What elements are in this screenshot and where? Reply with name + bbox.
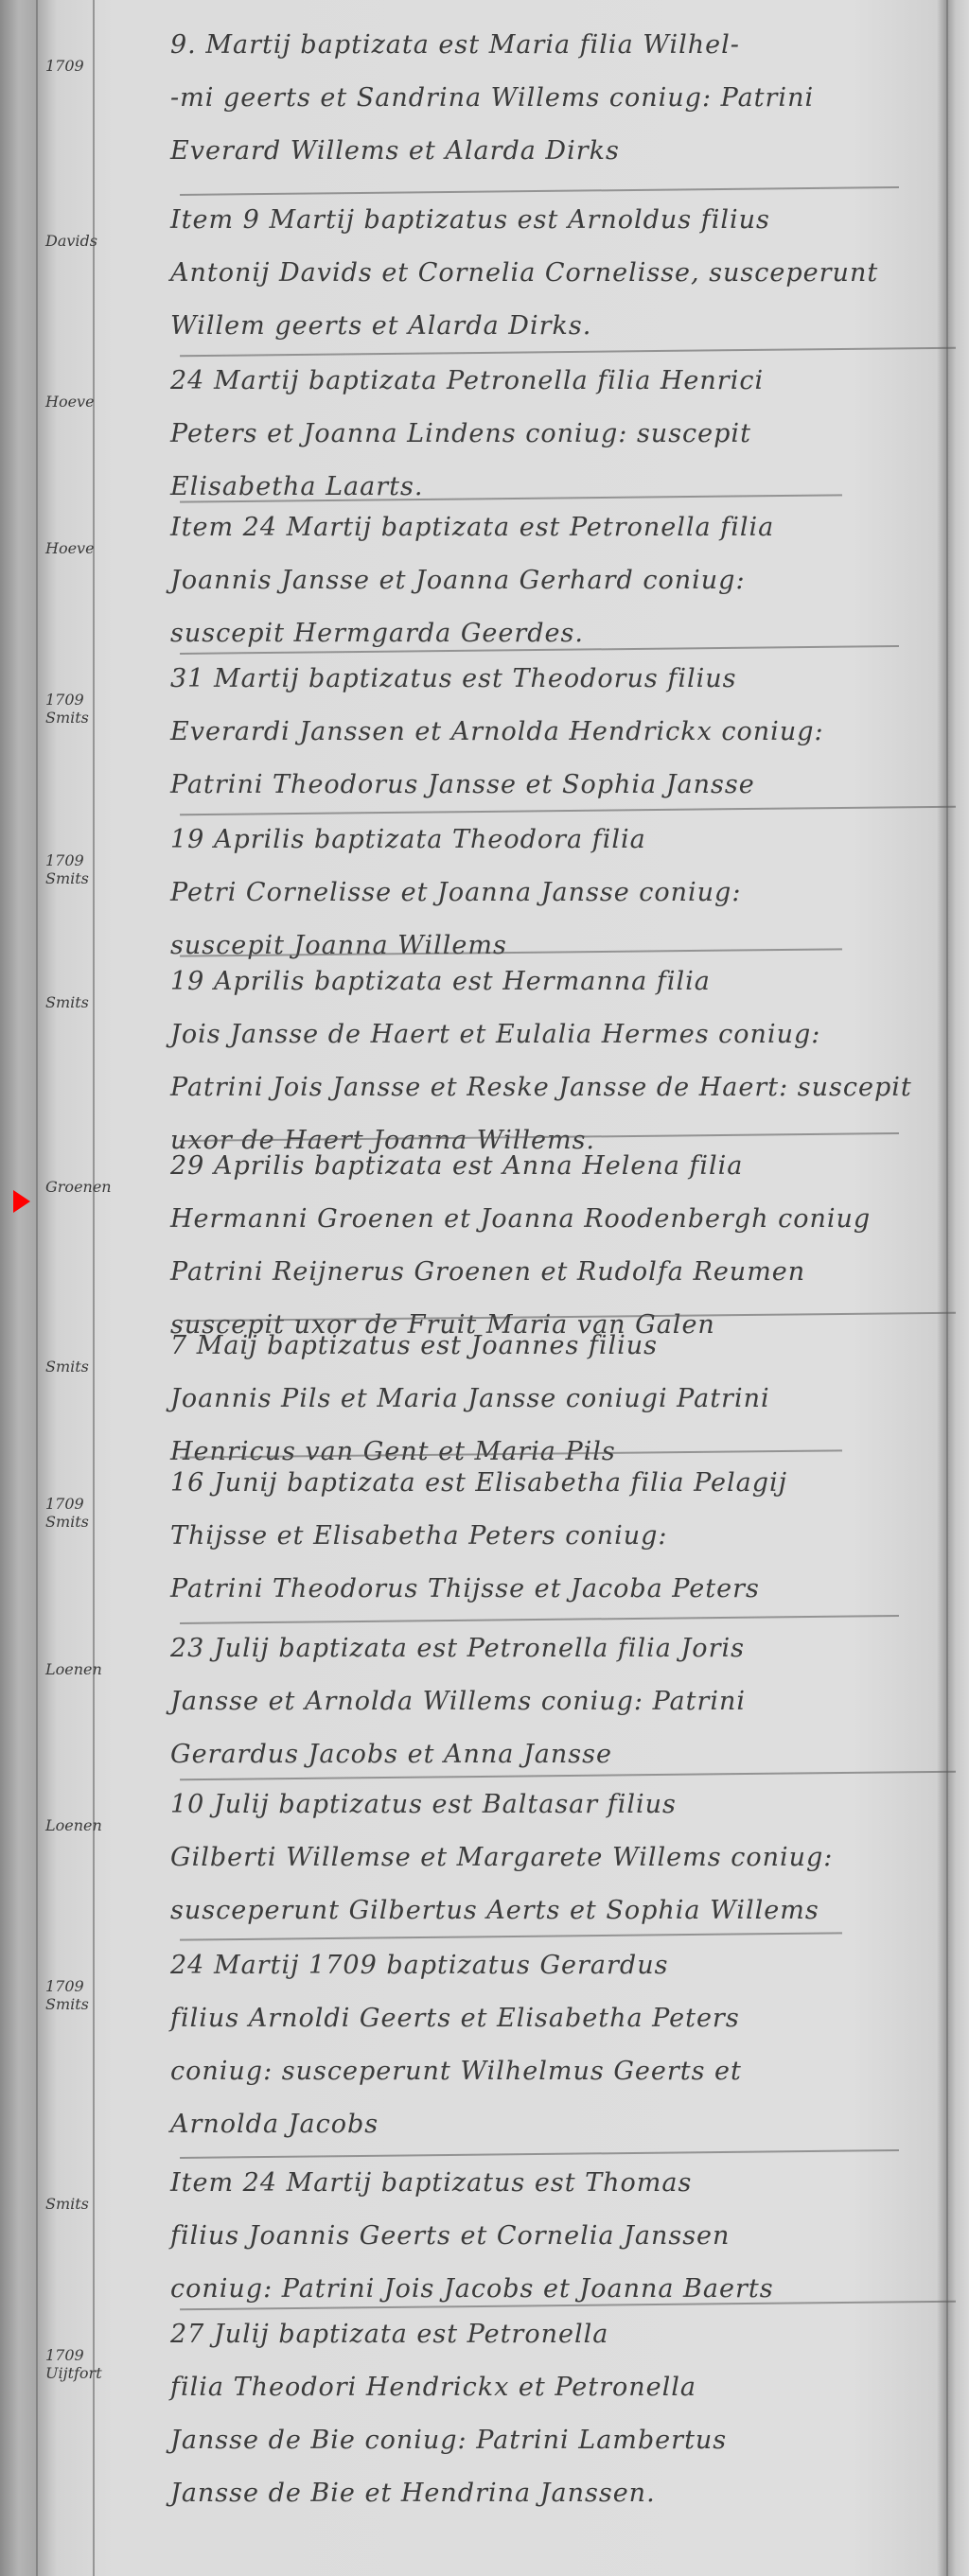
entry-line: 31 Martij baptizatus est Theodorus filiu… [104, 653, 937, 706]
baptism-entry: Loenen23 Julij baptizata est Petronella … [104, 1622, 937, 1781]
margin-rule [93, 0, 95, 2576]
entry-line: -mi geerts et Sandrina Willems coniug: P… [104, 72, 937, 125]
entry-line: Patrini Jois Jansse et Reske Jansse de H… [104, 1061, 937, 1114]
margin-note: Hoeve [45, 393, 108, 411]
margin-note: 1709 Smits [45, 691, 108, 727]
entry-line: Arnolda Jacobs [104, 2098, 937, 2151]
entry-line: Petri Cornelisse et Joanna Jansse coniug… [104, 867, 937, 920]
entry-line: Jansse et Arnolda Willems coniug: Patrin… [104, 1675, 937, 1728]
margin-note: Loenen [45, 1816, 108, 1834]
baptism-entry: 17099. Martij baptizata est Maria filia … [104, 19, 937, 178]
entry-line: 16 Junij baptizata est Elisabetha filia … [104, 1457, 937, 1510]
entry-line: Joannis Jansse et Joanna Gerhard coniug: [104, 554, 937, 607]
margin-note: Smits [45, 2195, 108, 2213]
page-edge [946, 0, 948, 2576]
entry-line: 9. Martij baptizata est Maria filia Wilh… [104, 19, 937, 72]
baptism-entry: SmitsItem 24 Martij baptizatus est Thoma… [104, 2157, 937, 2316]
margin-note: 1709 [45, 57, 108, 75]
entry-line: 24 Martij 1709 baptizatus Gerardus [104, 1939, 937, 1992]
register-page: 17099. Martij baptizata est Maria filia … [0, 0, 969, 2576]
entry-line: Item 24 Martij baptizata est Petronella … [104, 501, 937, 554]
entry-line: 29 Aprilis baptizata est Anna Helena fil… [104, 1140, 937, 1193]
entry-line: 24 Martij baptizata Petronella filia Hen… [104, 355, 937, 408]
baptism-entry: Loenen10 Julij baptizatus est Baltasar f… [104, 1779, 937, 1937]
entry-line: Jois Jansse de Haert et Eulalia Hermes c… [104, 1008, 937, 1061]
entry-line: Gilberti Willemse et Margarete Willems c… [104, 1831, 937, 1884]
entry-line: filius Arnoldi Geerts et Elisabetha Pete… [104, 1992, 937, 2045]
margin-note: Davids [45, 232, 108, 250]
entry-line: Patrini Theodorus Thijsse et Jacoba Pete… [104, 1563, 937, 1616]
baptism-entry: 1709 Smits16 Junij baptizata est Elisabe… [104, 1457, 937, 1616]
baptism-entry: Hoeve24 Martij baptizata Petronella fili… [104, 355, 937, 514]
baptism-entry: DavidsItem 9 Martij baptizatus est Arnol… [104, 194, 937, 353]
entry-line: susceperunt Gilbertus Aerts et Sophia Wi… [104, 1884, 937, 1937]
entry-line: Joannis Pils et Maria Jansse coniugi Pat… [104, 1373, 937, 1426]
binding-edge [36, 0, 38, 2576]
entry-line: Jansse de Bie coniug: Patrini Lambertus [104, 2414, 937, 2467]
entry-line: Patrini Reijnerus Groenen et Rudolfa Reu… [104, 1246, 937, 1299]
baptism-entry: 1709 Smits24 Martij 1709 baptizatus Gera… [104, 1939, 937, 2151]
entry-line: 19 Aprilis baptizata Theodora filia [104, 814, 937, 867]
baptism-entry: HoeveItem 24 Martij baptizata est Petron… [104, 501, 937, 660]
margin-note: Hoeve [45, 539, 108, 557]
entry-line: coniug: susceperunt Wilhelmus Geerts et [104, 2045, 937, 2098]
margin-note: Groenen [45, 1178, 108, 1196]
entry-line: Everardi Janssen et Arnolda Hendrickx co… [104, 706, 937, 759]
margin-note: 1709 Uijtfort [45, 2346, 108, 2382]
entry-line: 23 Julij baptizata est Petronella filia … [104, 1622, 937, 1675]
entry-line: Everard Willems et Alarda Dirks [104, 125, 937, 178]
entry-line: 19 Aprilis baptizata est Hermanna filia [104, 955, 937, 1008]
entry-line: Jansse de Bie et Hendrina Janssen. [104, 2467, 937, 2520]
margin-note: 1709 Smits [45, 1977, 108, 2013]
margin-note: 1709 Smits [45, 1495, 108, 1531]
margin-note: Smits [45, 993, 108, 1011]
margin-note: 1709 Smits [45, 851, 108, 887]
entry-line: 7 Maij baptizatus est Joannes filius [104, 1320, 937, 1373]
entry-line: filia Theodori Hendrickx et Petronella [104, 2361, 937, 2414]
current-entry-marker [13, 1190, 30, 1213]
entry-line: Patrini Theodorus Jansse et Sophia Janss… [104, 759, 937, 812]
margin-note: Loenen [45, 1660, 108, 1678]
entry-line: Hermanni Groenen et Joanna Roodenbergh c… [104, 1193, 937, 1246]
entry-line: Willem geerts et Alarda Dirks. [104, 300, 937, 353]
entry-line: filius Joannis Geerts et Cornelia Jansse… [104, 2210, 937, 2263]
margin-note: Smits [45, 1358, 108, 1376]
entry-line: 10 Julij baptizatus est Baltasar filius [104, 1779, 937, 1831]
entry-line: Peters et Joanna Lindens coniug: suscepi… [104, 408, 937, 461]
entry-line: Antonij Davids et Cornelia Cornelisse, s… [104, 247, 937, 300]
entry-line: Item 9 Martij baptizatus est Arnoldus fi… [104, 194, 937, 247]
entry-line: Item 24 Martij baptizatus est Thomas [104, 2157, 937, 2210]
baptism-entry: 1709 Uijtfort27 Julij baptizata est Petr… [104, 2308, 937, 2520]
entry-line: 27 Julij baptizata est Petronella [104, 2308, 937, 2361]
entry-line: Thijsse et Elisabetha Peters coniug: [104, 1510, 937, 1563]
baptism-entry: 1709 Smits31 Martij baptizatus est Theod… [104, 653, 937, 812]
